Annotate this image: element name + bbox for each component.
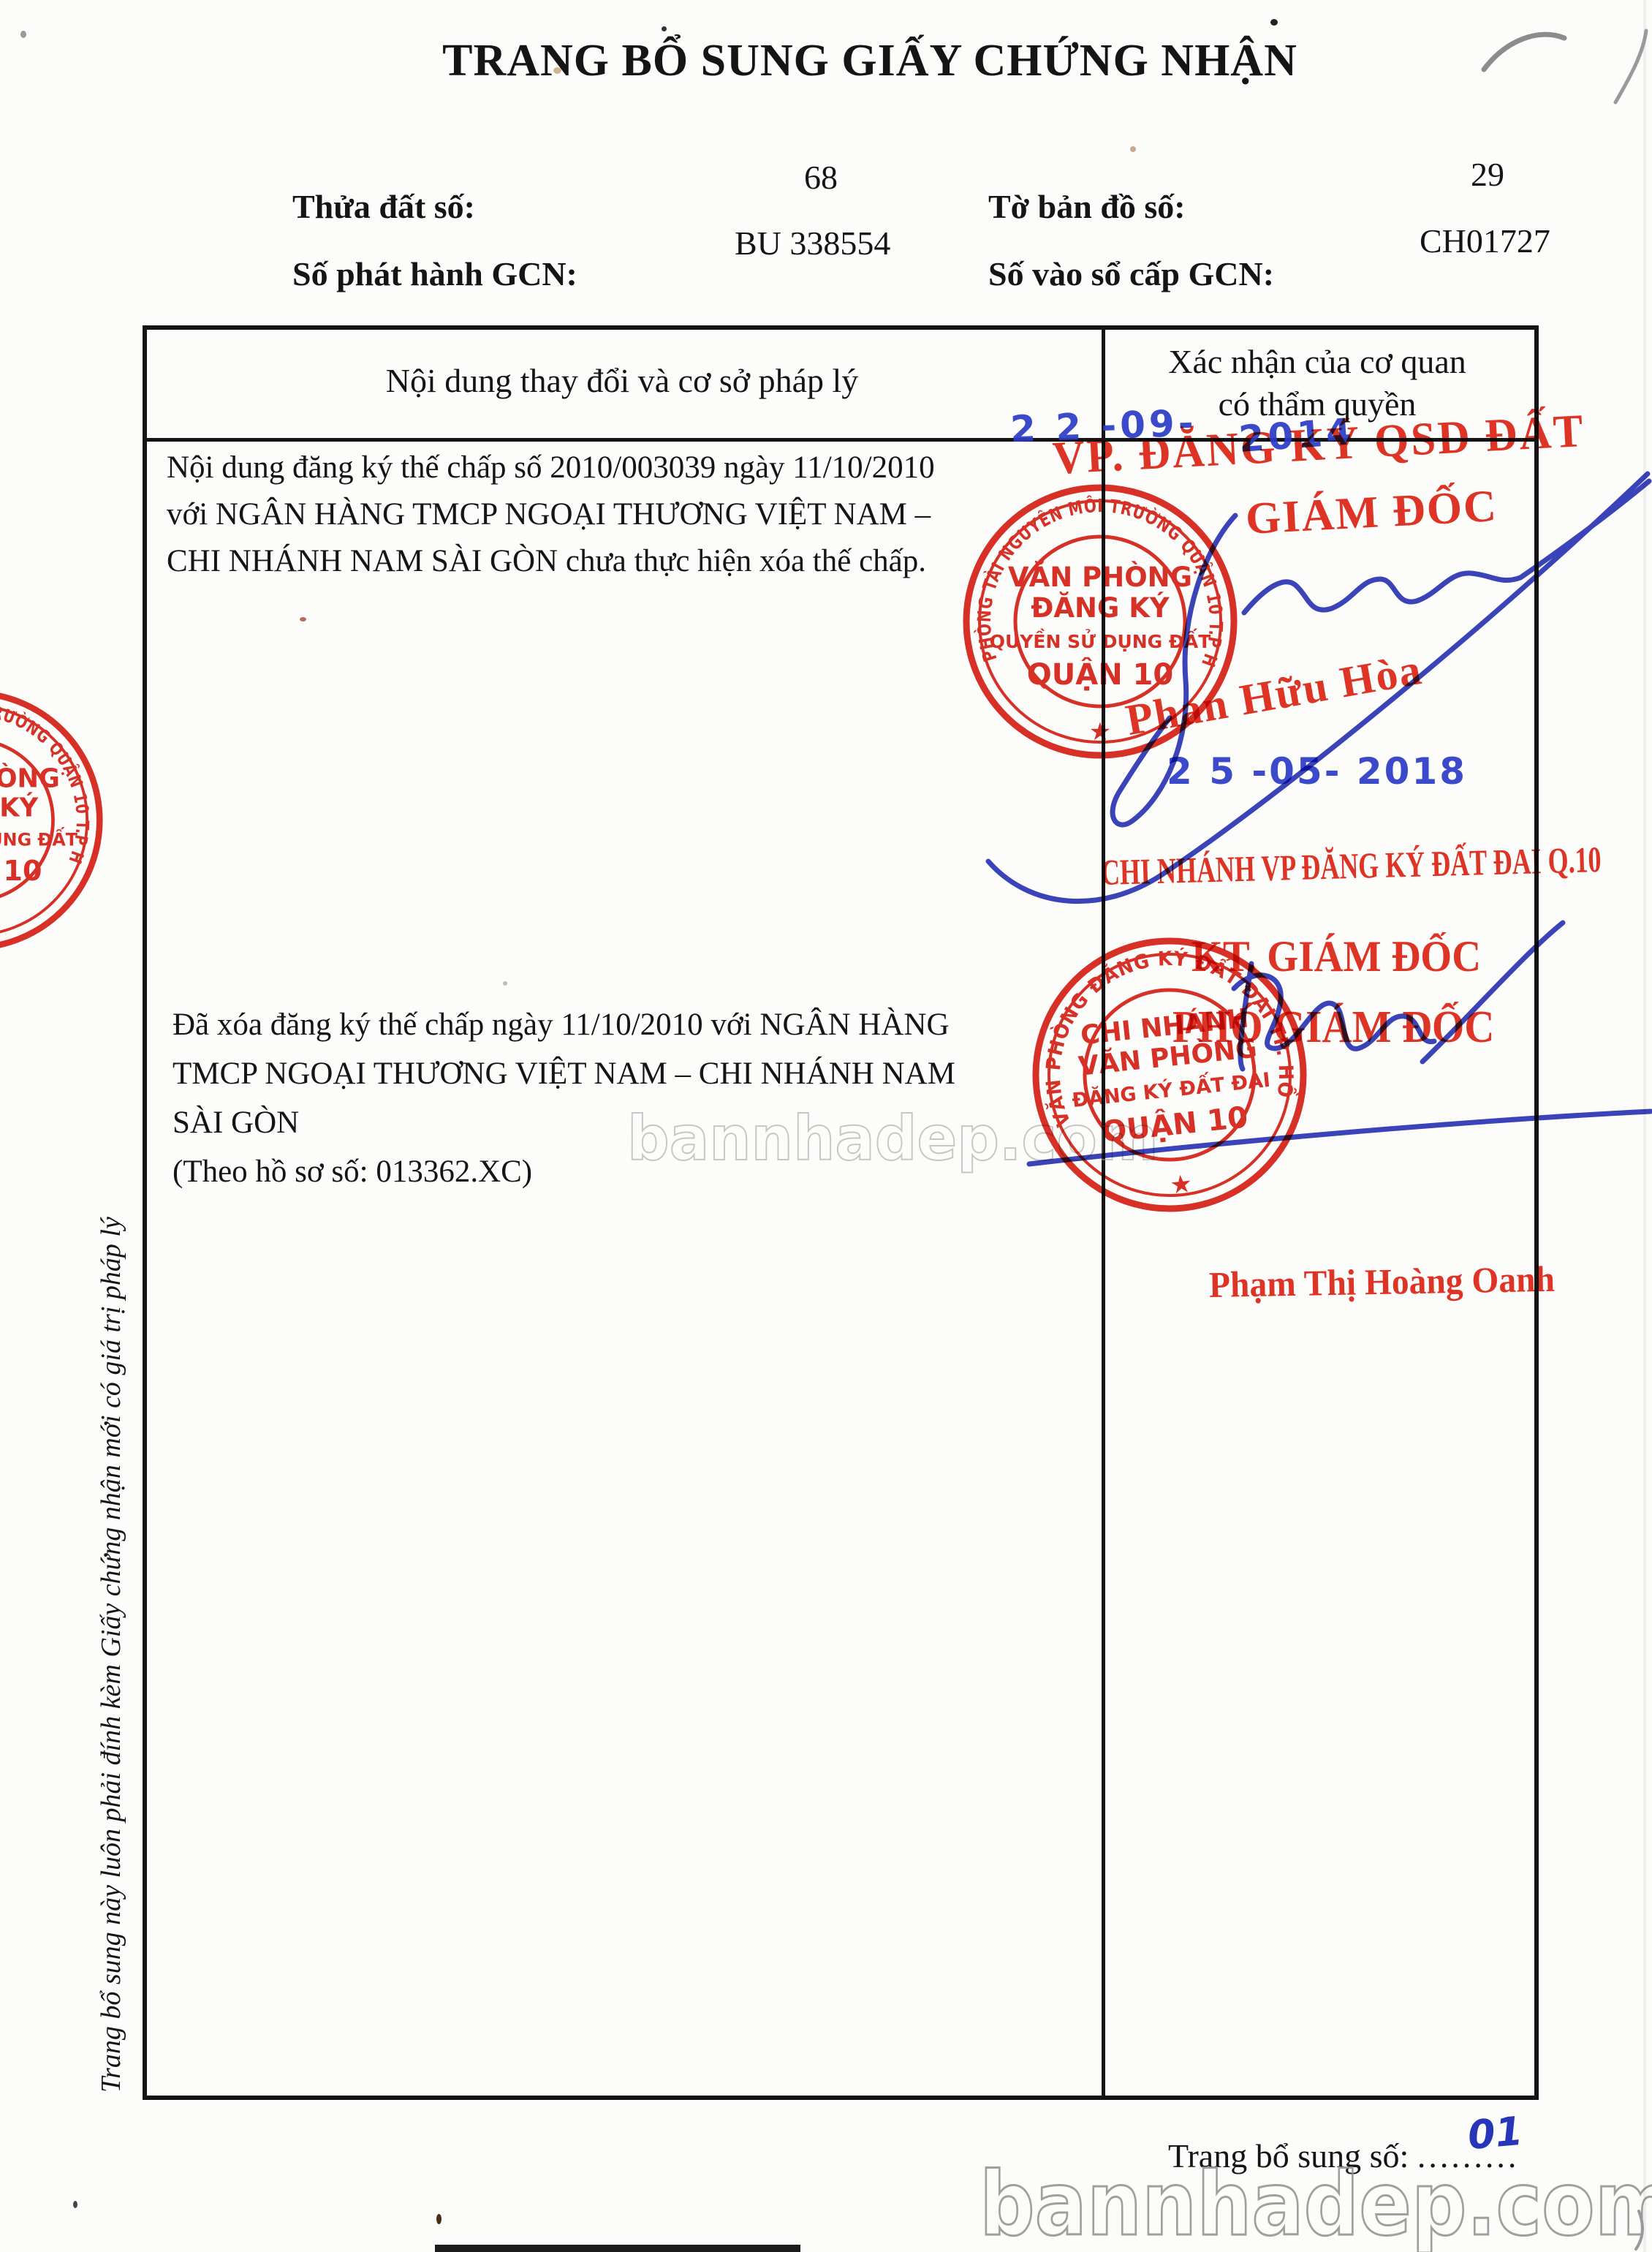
scan-speck [73,2201,77,2208]
signature1-loop [1113,515,1235,825]
scan-edge-bar [435,2245,800,2252]
scan-speck [436,2214,442,2224]
side-note-vertical: Trang bổ sung này luôn phải đính kèm Giấ… [95,1217,127,2093]
signatures-overlay [0,0,1652,2252]
watermark-bottom: bannhadep.com [980,2154,1652,2252]
scan-speck [300,617,306,621]
scan-edge-line [1643,0,1646,2252]
signature1-scribble [1244,481,1649,613]
scan-speck [503,981,507,986]
signature2-loops [1234,975,1434,1049]
footer-handwritten-number: 01 [1466,2108,1524,2158]
signature2-flourish [1422,923,1563,1062]
scanned-certificate-page: TRANG BỔ SUNG GIẤY CHỨNG NHẬN Thửa đất s… [0,0,1652,2252]
scan-speck [1270,19,1278,26]
scan-squiggle-mark-bottom [1630,2208,1652,2252]
scan-speck [662,26,667,31]
signature1-sweep [988,474,1648,902]
scan-squiggle-marks [1469,7,1652,117]
scan-speck [553,67,561,74]
signature2-underline [1029,1111,1651,1164]
scan-speck [20,31,26,38]
scan-speck [1130,146,1136,152]
